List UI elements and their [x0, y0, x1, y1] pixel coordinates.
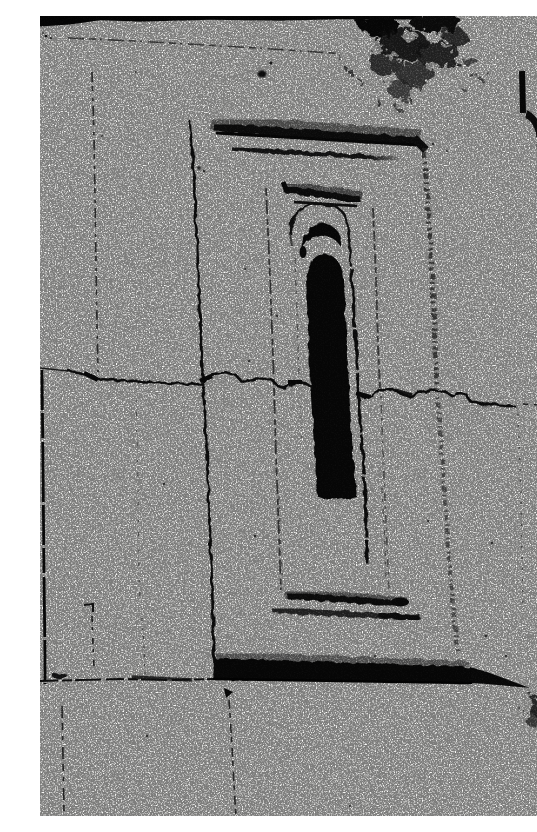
photo-canvas: Slit window photograph: [40, 16, 537, 816]
film-grain-overlay: [40, 16, 537, 816]
photo-slit-window: Overexposed black-and-white photograph o…: [40, 16, 537, 816]
